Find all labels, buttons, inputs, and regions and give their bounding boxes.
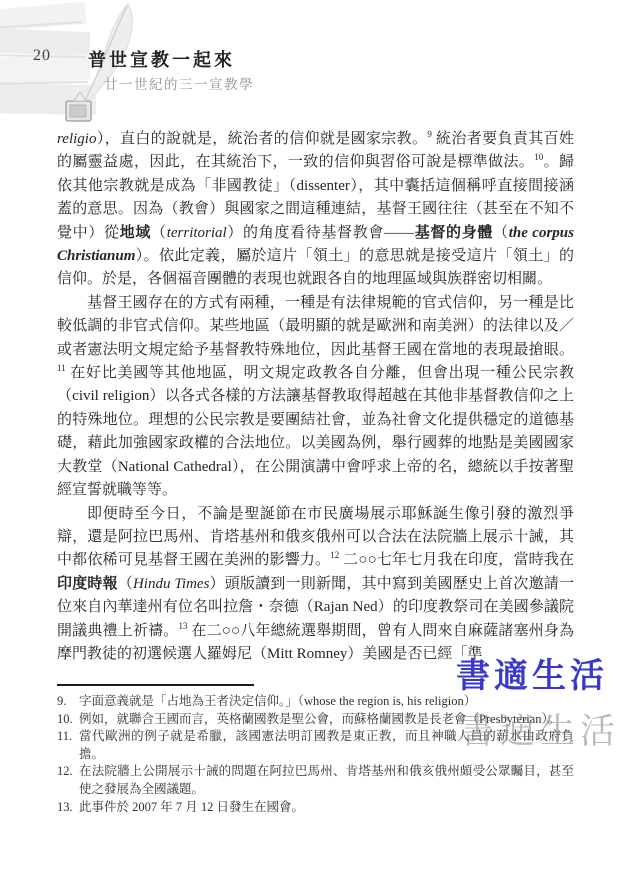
footnote-reference: 10 <box>534 152 543 162</box>
footnote-number: 13. <box>57 799 79 817</box>
text-run: 印度時報 <box>57 576 118 592</box>
footnote-text: 在法院牆上公開展示十誡的問題在阿拉巴馬州、肯塔基州和俄亥俄州頗受公眾矚目，甚至使… <box>79 763 574 798</box>
text-run: ）。依此定義，屬於這片「領土」的意思就是接受這片「領土」的信仰。於是，各個福音團… <box>57 248 574 287</box>
text-run: territorial <box>167 225 227 241</box>
page-number: 20 <box>33 47 51 65</box>
footnote-text: 例如，就聯合王國而言，英格蘭國教是聖公會，而蘇格蘭國教是長老會（Presbyte… <box>79 711 574 729</box>
footnote-reference: 12 <box>330 550 339 560</box>
book-title: 普世宣教一起來 <box>88 46 235 72</box>
text-run: 基督王國存在的方式有兩種，一種是有法律規範的官式信仰，另一種是比較低調的非官式信… <box>57 295 574 358</box>
footnotes: 9.字面意義就是「占地為王者決定信仰。」（whose the region is… <box>57 693 574 816</box>
text-run: 地域 <box>120 225 151 241</box>
footnote-number: 9. <box>57 693 79 711</box>
text-run: religio <box>57 131 96 147</box>
footnote-reference: 11 <box>57 363 66 373</box>
book-page: 20 普世宣教一起來 廿一世紀的三一宣教學 religio），直白的說就是，統治… <box>0 0 628 877</box>
footnote-item: 11.當代歐洲的例子就是希臘，該國憲法明訂國教是東正教，而且神職人員的薪水由政府… <box>57 728 574 763</box>
footnote-number: 10. <box>57 711 79 729</box>
chapter-subtitle: 廿一世紀的三一宣教學 <box>104 73 254 93</box>
text-run: ），直白的說就是，統治者的信仰就是國家宗教。 <box>96 131 427 147</box>
footnote-item: 12.在法院牆上公開展示十誡的問題在阿拉巴馬州、肯塔基州和俄亥俄州頗受公眾矚目，… <box>57 763 574 798</box>
text-run: 在好比美國等其他地區，明文規定政教各自分離，但會出現一種公民宗教（civil r… <box>57 365 574 498</box>
text-run: Hindu Times <box>133 576 209 592</box>
text-run: （ <box>118 576 133 592</box>
body-text: religio），直白的說就是，統治者的信仰就是國家宗教。9 統治者要負責其百姓… <box>57 128 574 666</box>
text-run: （ <box>493 225 509 241</box>
footnote-number: 12. <box>57 763 79 798</box>
footnote-text: 字面意義就是「占地為王者決定信仰。」（whose the region is, … <box>79 693 574 711</box>
footnote-item: 13.此事件於 2007 年 7 月 12 日發生在國會。 <box>57 799 574 817</box>
paragraph: religio），直白的說就是，統治者的信仰就是國家宗教。9 統治者要負責其百姓… <box>57 128 574 292</box>
text-run: 基督的身體 <box>414 225 493 241</box>
text-run: 二○○七年七月我在印度，當時我在 <box>339 552 574 568</box>
footnote-text: 此事件於 2007 年 7 月 12 日發生在國會。 <box>79 799 574 817</box>
footnote-text: 當代歐洲的例子就是希臘，該國憲法明訂國教是東正教，而且神職人員的薪水由政府負擔。 <box>79 728 574 763</box>
footnote-separator <box>57 684 254 686</box>
footnote-number: 11. <box>57 728 79 763</box>
text-run: ）的角度看待基督教會—— <box>227 225 414 241</box>
paragraph: 即便時至今日，不論是聖誕節在市民廣場展示耶穌誕生像引發的激烈爭辯，還是阿拉巴馬州… <box>57 503 574 667</box>
footnote-item: 10.例如，就聯合王國而言，英格蘭國教是聖公會，而蘇格蘭國教是長老會（Presb… <box>57 711 574 729</box>
paragraph: 基督王國存在的方式有兩種，一種是有法律規範的官式信仰，另一種是比較低調的非官式信… <box>57 292 574 503</box>
text-run: （ <box>151 225 167 241</box>
footnote-item: 9.字面意義就是「占地為王者決定信仰。」（whose the region is… <box>57 693 574 711</box>
